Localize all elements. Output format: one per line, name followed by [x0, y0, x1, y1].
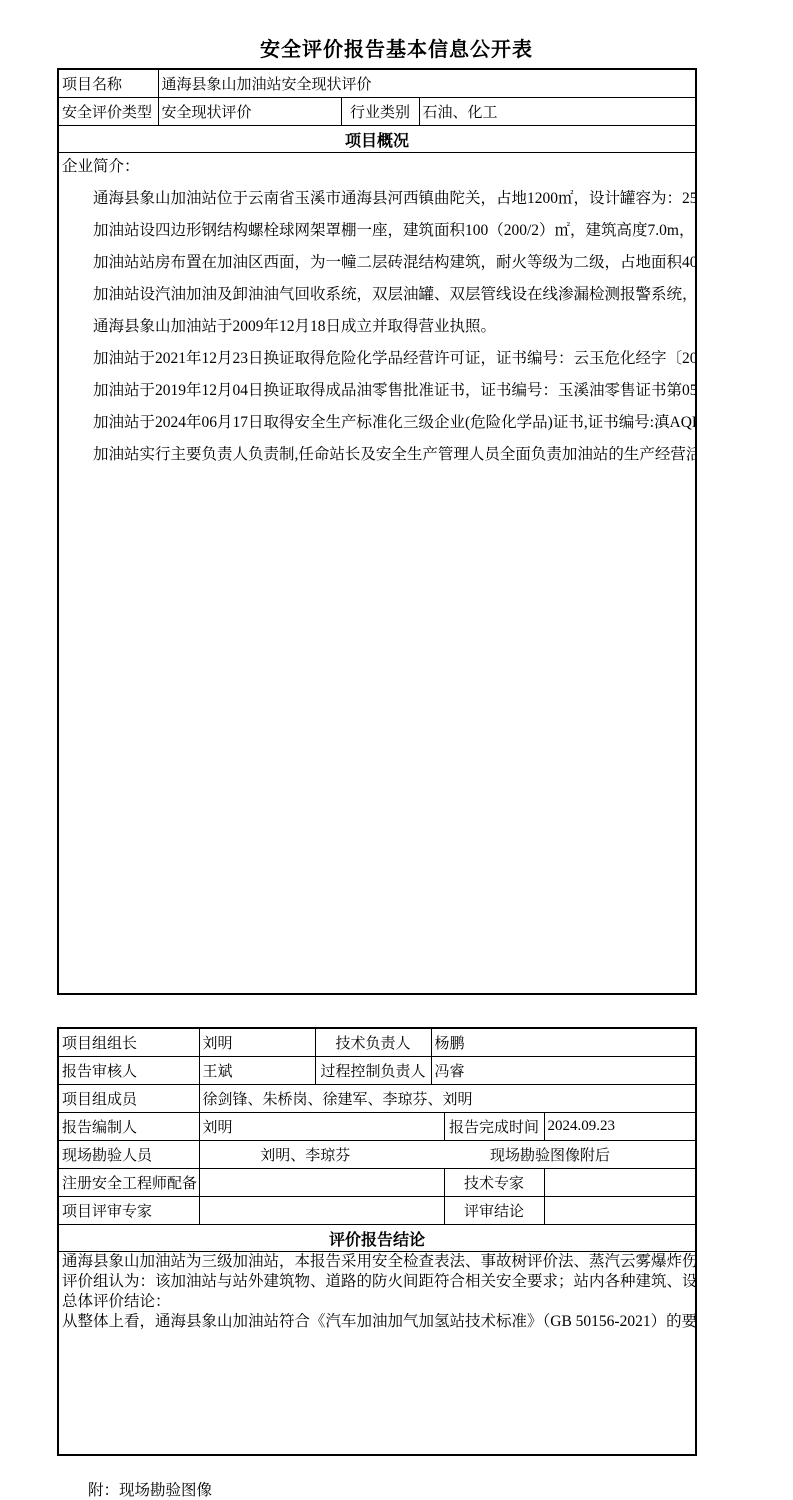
site-survey-cell: 刘明、李琼芬 现场勘验图像附后: [199, 1141, 696, 1169]
overview-paragraph: 加油站实行主要负责人负责制,任命站长及安全生产管理人员全面负责加油站的生产经营活…: [62, 441, 692, 469]
overview-paragraph: 通海县象山加油站于2009年12月18日成立并取得营业执照。: [62, 313, 692, 341]
review-expert-value: [199, 1197, 444, 1225]
table-row: 安全评价类型 安全现状评价 行业类别 石油、化工: [58, 98, 696, 126]
overview-paragraph: 加油站设四边形钢结构螺栓球网架罩棚一座，建筑面积100（200/2）㎡，建筑高度…: [62, 217, 692, 245]
industry-value: 石油、化工: [419, 98, 696, 126]
process-control-label: 过程控制负责人: [315, 1057, 431, 1085]
overview-text-cell: 企业简介： 通海县象山加油站位于云南省玉溪市通海县河西镇曲陀关，占地1200㎡，…: [58, 153, 696, 995]
process-control-value: 冯睿: [431, 1057, 696, 1085]
overview-paragraph: 加油站于2019年12月04日换证取得成品油零售批准证书，证书编号：玉溪油零售证…: [62, 377, 692, 405]
review-conclusion-value: [544, 1197, 696, 1225]
review-conclusion-label: 评审结论: [444, 1197, 544, 1225]
tech-lead-label: 技术负责人: [315, 1028, 431, 1057]
info-table: 项目名称 通海县象山加油站安全现状评价 安全评价类型 安全现状评价 行业类别 石…: [57, 68, 697, 995]
conclusion-paragraph: 通海县象山加油站为三级加油站，本报告采用安全检查表法、事故树评价法、蒸汽云雾爆炸…: [62, 1252, 692, 1272]
project-name-label: 项目名称: [58, 69, 158, 98]
team-table: 项目组组长 刘明 技术负责人 杨鹏 报告审核人 王斌 过程控制负责人 冯睿 项目…: [57, 1027, 697, 1456]
site-survey-content: 刘明、李琼芬 现场勘验图像附后: [203, 1144, 693, 1165]
safety-engineer-value: [199, 1169, 444, 1197]
report-reviewer-value: 王斌: [199, 1057, 315, 1085]
table-row: 报告审核人 王斌 过程控制负责人 冯睿: [58, 1057, 696, 1085]
team-leader-value: 刘明: [199, 1028, 315, 1057]
overview-section-header: 项目概况: [58, 126, 696, 153]
table-row: 项目评审专家 评审结论: [58, 1197, 696, 1225]
finish-time-value: 2024.09.23: [544, 1113, 696, 1141]
overview-paragraph: 通海县象山加油站位于云南省玉溪市通海县河西镇曲陀关，占地1200㎡，设计罐容为：…: [62, 185, 692, 213]
table-row: 通海县象山加油站为三级加油站，本报告采用安全检查表法、事故树评价法、蒸汽云雾爆炸…: [58, 1252, 696, 1456]
overview-paragraph: 加油站于2024年06月17日取得安全生产标准化三级企业(危险化学品)证书,证书…: [62, 409, 692, 437]
report-reviewer-label: 报告审核人: [58, 1057, 199, 1085]
table-row: 企业简介： 通海县象山加油站位于云南省玉溪市通海县河西镇曲陀关，占地1200㎡，…: [58, 153, 696, 995]
table-row: 报告编制人 刘明 报告完成时间 2024.09.23: [58, 1113, 696, 1141]
conclusion-text-cell: 通海县象山加油站为三级加油站，本报告采用安全检查表法、事故树评价法、蒸汽云雾爆炸…: [58, 1252, 696, 1456]
table-row: 项目组组长 刘明 技术负责人 杨鹏: [58, 1028, 696, 1057]
team-members-value: 徐剑锋、朱桥岗、徐建军、李琼芬、刘明: [199, 1085, 696, 1113]
industry-label: 行业类别: [341, 98, 419, 126]
overview-paragraph: 加油站设汽油加油及卸油油气回收系统，双层油罐、双层管线设在线渗漏检测报警系统，渗…: [62, 281, 692, 309]
conclusion-paragraph: 从整体上看，通海县象山加油站符合《汽车加油加气加氢站技术标准》（GB 50156…: [62, 1312, 692, 1332]
table-row: 项目概况: [58, 126, 696, 153]
tech-expert-value: [544, 1169, 696, 1197]
company-intro-label: 企业简介：: [62, 153, 692, 181]
overview-paragraph: 加油站于2021年12月23日换证取得危险化学品经营许可证，证书编号：云玉危化经…: [62, 345, 692, 373]
review-expert-label: 项目评审专家: [58, 1197, 199, 1225]
tech-lead-value: 杨鹏: [431, 1028, 696, 1057]
table-row: 项目名称 通海县象山加油站安全现状评价: [58, 69, 696, 98]
conclusion-paragraph: 评价组认为：该加油站与站外建筑物、道路的防火间距符合相关安全要求；站内各种建筑、…: [62, 1272, 692, 1292]
overview-paragraph: 加油站站房布置在加油区西面，为一幢二层砖混结构建筑，耐火等级为二级，占地面积40…: [62, 249, 692, 277]
eval-type-label: 安全评价类型: [58, 98, 158, 126]
site-survey-value: 刘明、李琼芬: [203, 1144, 409, 1165]
finish-time-label: 报告完成时间: [444, 1113, 544, 1141]
eval-type-value: 安全现状评价: [158, 98, 341, 126]
table-row: 项目组成员 徐剑锋、朱桥岗、徐建军、李琼芬、刘明: [58, 1085, 696, 1113]
team-members-label: 项目组成员: [58, 1085, 199, 1113]
document-page: 安全评价报告基本信息公开表 项目名称 通海县象山加油站安全现状评价 安全评价类型…: [0, 0, 793, 1500]
table-row: 现场勘验人员 刘明、李琼芬 现场勘验图像附后: [58, 1141, 696, 1169]
site-survey-label: 现场勘验人员: [58, 1141, 199, 1169]
project-name-value: 通海县象山加油站安全现状评价: [158, 69, 696, 98]
conclusion-paragraph: 总体评价结论：: [62, 1292, 692, 1312]
safety-engineer-label: 注册安全工程师配备: [58, 1169, 199, 1197]
conclusion-section-header: 评价报告结论: [58, 1225, 696, 1252]
site-survey-note: 现场勘验图像附后: [408, 1144, 692, 1165]
tech-expert-label: 技术专家: [444, 1169, 544, 1197]
report-author-label: 报告编制人: [58, 1113, 199, 1141]
team-leader-label: 项目组组长: [58, 1028, 199, 1057]
report-author-value: 刘明: [199, 1113, 444, 1141]
page-title: 安全评价报告基本信息公开表: [0, 0, 793, 62]
attachment-note: 附：现场勘验图像: [88, 1478, 793, 1500]
table-row: 评价报告结论: [58, 1225, 696, 1252]
table-row: 注册安全工程师配备 技术专家: [58, 1169, 696, 1197]
